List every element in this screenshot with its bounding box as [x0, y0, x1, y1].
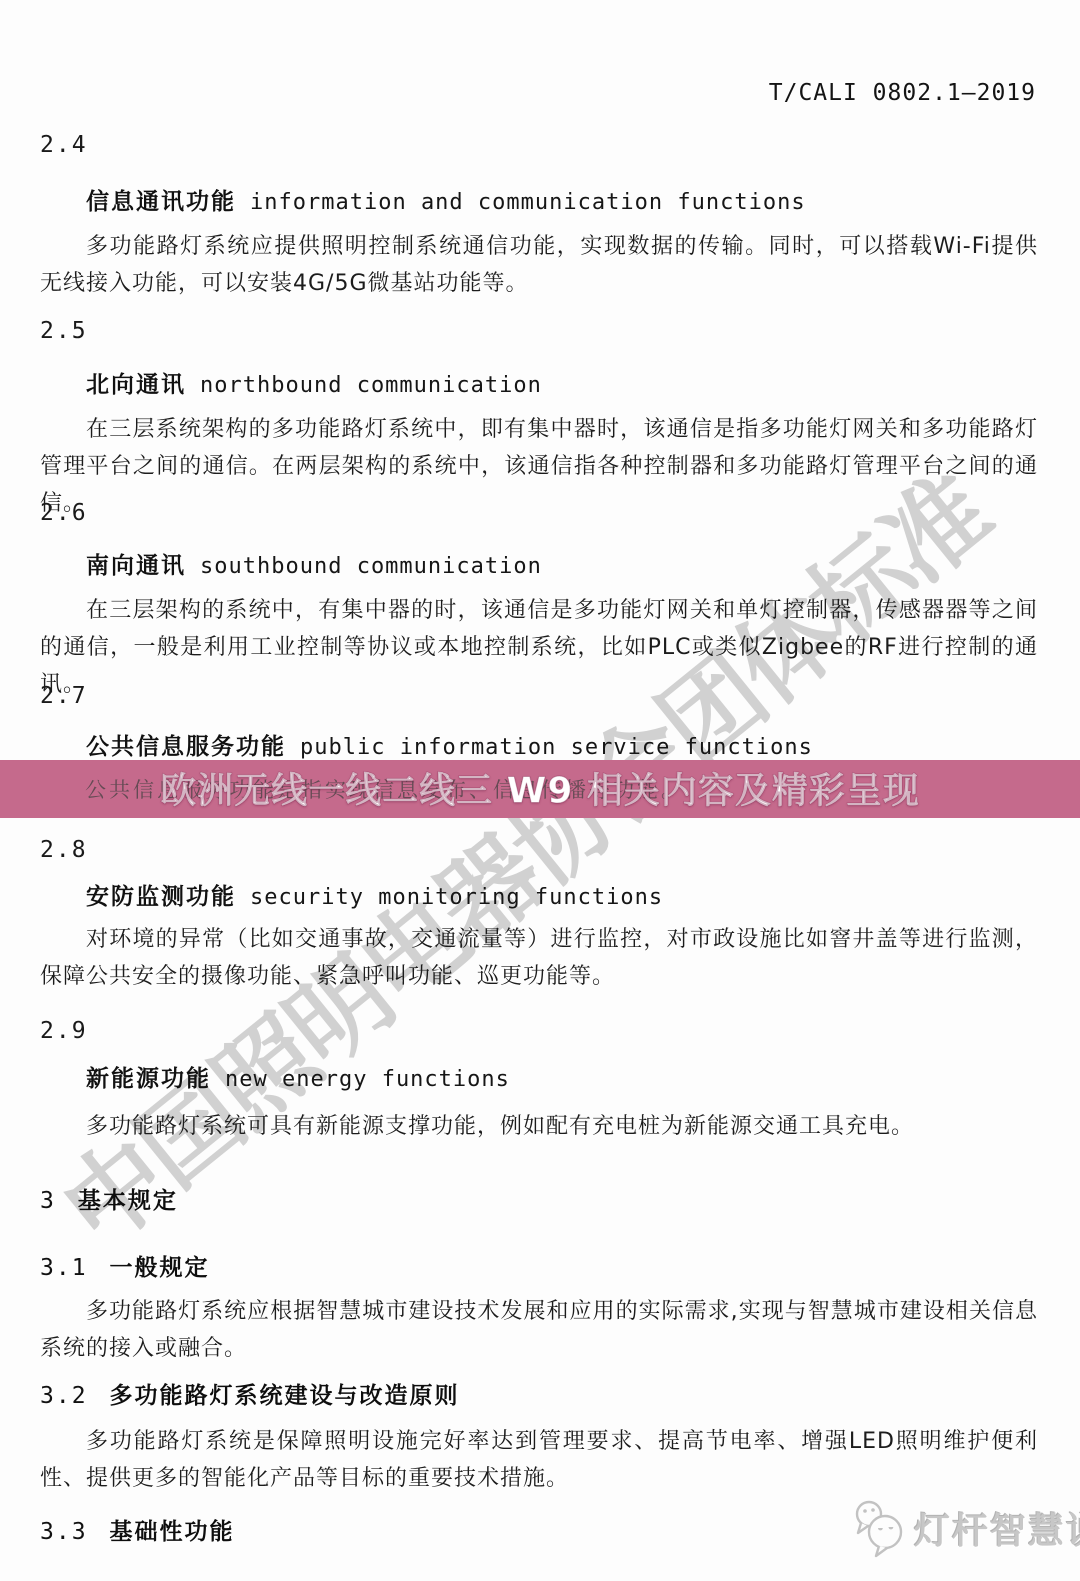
- section-number-2-5: 2.5: [40, 318, 88, 344]
- publisher-logo: 灯杆智慧说: [852, 1498, 1080, 1558]
- clause-number: 3.1: [40, 1255, 88, 1281]
- clause-title: 一般规定: [110, 1255, 210, 1281]
- chapter-number: 3: [40, 1188, 56, 1214]
- document-page: 中国照明电器协会团体标准 T/CALI 0802.1—2019 2.4 信息通讯…: [0, 0, 1080, 1581]
- term-heading-2-6: 南向通讯southbound communication: [86, 547, 542, 580]
- term-en: public information service functions: [300, 735, 813, 760]
- standard-code: T/CALI 0802.1—2019: [769, 80, 1036, 106]
- clause-title: 多功能路灯系统建设与改造原则: [110, 1383, 460, 1409]
- section-number-2-6: 2.6: [40, 500, 88, 526]
- chapter-heading-3: 3基本规定: [40, 1182, 178, 1215]
- term-heading-2-7: 公共信息服务功能public information service funct…: [86, 728, 813, 761]
- paragraph-3-1: 多功能路灯系统应根据智慧城市建设技术发展和应用的实际需求,实现与智慧城市建设相关…: [40, 1293, 1038, 1367]
- section-number-2-4: 2.4: [40, 132, 88, 158]
- clause-number: 3.3: [40, 1519, 88, 1545]
- section-number-2-8: 2.8: [40, 837, 88, 863]
- term-cn: 北向通讯: [86, 372, 186, 398]
- paragraph-2-8: 对环境的异常（比如交通事故，交通流量等）进行监控，对市政设施比如窨井盖等进行监测…: [40, 921, 1038, 995]
- paragraph-2-9: 多功能路灯系统可具有新能源支撑功能，例如配有充电桩为新能源交通工具充电。: [40, 1108, 1038, 1145]
- paragraph-2-6: 在三层架构的系统中，有集中器的时，该通信是多功能灯网关和单灯控制器，传感器器等之…: [40, 592, 1038, 703]
- term-en: southbound communication: [200, 554, 542, 579]
- term-en: information and communication functions: [250, 190, 806, 215]
- paragraph-2-4: 多功能路灯系统应提供照明控制系统通信功能，实现数据的传输。同时，可以搭载Wi-F…: [40, 228, 1038, 302]
- term-en: new energy functions: [225, 1067, 510, 1092]
- term-cn: 信息通讯功能: [86, 189, 236, 215]
- publisher-logo-text: 灯杆智慧说: [914, 1503, 1080, 1554]
- section-number-2-7: 2.7: [40, 683, 88, 709]
- term-cn: 南向通讯: [86, 553, 186, 579]
- term-en: northbound communication: [200, 373, 542, 398]
- term-cn: 安防监测功能: [86, 884, 236, 910]
- term-cn: 公共信息服务功能: [86, 734, 286, 760]
- wechat-bubbles-icon: [852, 1498, 908, 1558]
- term-heading-2-5: 北向通讯northbound communication: [86, 366, 542, 399]
- section-number-2-9: 2.9: [40, 1018, 88, 1044]
- term-en: security monitoring functions: [250, 885, 663, 910]
- paragraph-2-5: 在三层系统架构的多功能路灯系统中，即有集中器时，该通信是指多功能灯网关和多功能路…: [40, 411, 1038, 522]
- overlay-banner-text: 欧洲无线一线二线三 W9 相关内容及精彩呈现: [0, 762, 1080, 813]
- paragraph-3-2: 多功能路灯系统是保障照明设施完好率达到管理要求、提高节电率、增强LED照明维护便…: [40, 1423, 1038, 1497]
- chapter-title: 基本规定: [78, 1188, 178, 1214]
- term-heading-2-9: 新能源功能new energy functions: [86, 1060, 510, 1093]
- overlay-banner: 公共信息服务功能是指实现信息发布、信息传播等功能。 欧洲无线一线二线三 W9 相…: [0, 760, 1080, 818]
- clause-number: 3.2: [40, 1383, 88, 1409]
- term-heading-2-8: 安防监测功能security monitoring functions: [86, 878, 663, 911]
- clause-heading-3-1: 3.1一般规定: [40, 1249, 210, 1282]
- clause-title: 基础性功能: [110, 1519, 235, 1545]
- term-heading-2-4: 信息通讯功能information and communication func…: [86, 183, 806, 216]
- term-cn: 新能源功能: [86, 1066, 211, 1092]
- clause-heading-3-2: 3.2多功能路灯系统建设与改造原则: [40, 1377, 460, 1410]
- clause-heading-3-3: 3.3基础性功能: [40, 1513, 235, 1546]
